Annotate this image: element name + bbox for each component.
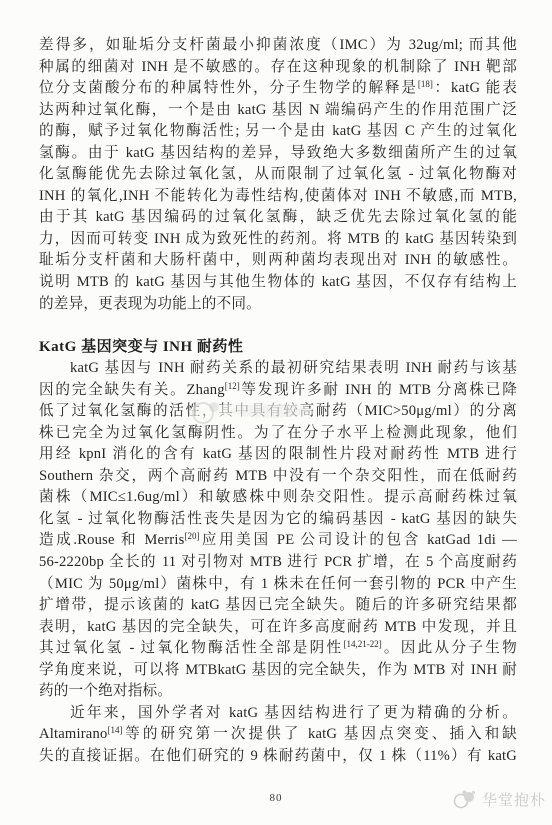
text-line: （MIC 为 50μg/ml）菌株中，有 1 株未在任何一套引物的 PCR 中产… [39,574,517,596]
text-line: 56-2220bp 全长的 11 对引物对 MTB 进行 PCR 扩增，在 5 … [39,552,517,574]
text-line: 种属的细菌对 INH 是不敏感的。存在这种现象的机制除了 INH 靶部 [39,57,517,79]
text-line: 的差异，更表现为功能上的不同。 [39,294,517,316]
text-line: 由于其 katG 基因编码的过氧化氢酶，缺乏优先去除过氧化氢的能 [39,207,517,229]
text-line: katG 基因与 INH 耐药关系的最初研究结果表明 INH 耐药与该基 [39,358,517,380]
text-line: 扩增带，提示该菌的 katG 基因已完全缺失。随后的许多研究结果都 [39,595,517,617]
text-line: 其过氧化氢 - 过氧化物酶活性全部是阴性[14,21-22]。因此从分子生物 [39,638,517,660]
brand-logo-icon [452,788,478,810]
text-line: 差得多，如耻垢分支杆菌最小抑菌浓度（IMC）为 32ug/ml; 而其他 [39,35,517,57]
brand-watermark-text: 华堂抱朴 [482,789,546,810]
text-line: 失的直接证据。在他们研究的 9 株耐药菌中，仅 1 株（11%）有 katG [39,746,517,768]
document-body: 差得多，如耻垢分支杆菌最小抑菌浓度（IMC）为 32ug/ml; 而其他种属的细… [39,35,517,768]
text-line: 表明，katG 基因的完全缺失，可在许多高度耐药 MTB 中发现，并且 [39,617,517,639]
text-line: 氢酶。由于 katG 基因结构的差异，导致绝大多数细菌所产生的过氧 [39,143,517,165]
brand-watermark: 华堂抱朴 [452,788,546,810]
section-heading: KatG 基因突变与 INH 耐药性 [39,336,517,358]
text-line: 说明 MTB 的 katG 基因与其他生物体的 katG 基因，不仅存有结构上 [39,272,517,294]
text-line: 耻垢分支杆菌和大肠杆菌中，则两种菌均表现出对 INH 的敏感性。 [39,250,517,272]
text-line: 低了过氧化氢酶的活性，其中具有较高耐药（MIC>50μg/ml）的分离 [39,401,517,423]
text-line: 化氢酶能优先去除过氧化氢，从而限制了过氧化氢 - 过氧化物酶对 [39,164,517,186]
text-line: 达两种过氧化酶，一个是由 katG 基因 N 端编码产生的作用范围广泛 [39,100,517,122]
text-line: 的酶，赋予过氧化物酶活性; 另一个是由 katG 基因 C 产生的过氧化 [39,121,517,143]
text-line: 位分支菌酸分布的种属特性外，分子生物学的解释是[18]：katG 能表 [39,78,517,100]
text-line: 用经 kpnI 消化的含有 katG 基因的限制性片段对耐药性 MTB 进行 [39,444,517,466]
text-line: 近年来，国外学者对 katG 基因结构进行了更为精确的分析。 [39,703,517,725]
text-line: INH 的氧化,INH 不能转化为毒性结构,使菌体对 INH 不敏感,而 MTB… [39,186,517,208]
text-line: 因的完全缺失有关。Zhang[12]等发现许多耐 INH 的 MTB 分离株已降 [39,380,517,402]
text-line: Southern 杂交，两个高耐药 MTB 中没有一个杂交阳性，而在低耐药 [39,466,517,488]
text-line: 造成.Rouse 和 Merris[20]应用美国 PE 公司设计的包含 kat… [39,530,517,552]
text-line: 力，因而可转变 INH 成为致死性的药剂。将 MTB 的 katG 基因转染到 [39,229,517,251]
text-line: 化氢 - 过氧化物酶活性丧失是因为它的编码基因 - katG 基因的缺失 [39,509,517,531]
text-line: 药的一个绝对指标。 [39,681,517,703]
text-line: Altamirano[14]等的研究第一次提供了 katG 基因点突变、插入和缺 [39,724,517,746]
text-line: 菌株（MIC≤1.6ug/ml）和敏感株中则杂交阳性。提示高耐药株过氧 [39,487,517,509]
document-page: 差得多，如耻垢分支杆菌最小抑菌浓度（IMC）为 32ug/ml; 而其他种属的细… [0,0,552,825]
text-line: 学角度来说，可以将 MTBkatG 基因的完全缺失，作为 MTB 对 INH 耐 [39,660,517,682]
text-line: 株已完全为过氧化氢酶阴性。为了在分子水平上检测此现象，他们 [39,423,517,445]
